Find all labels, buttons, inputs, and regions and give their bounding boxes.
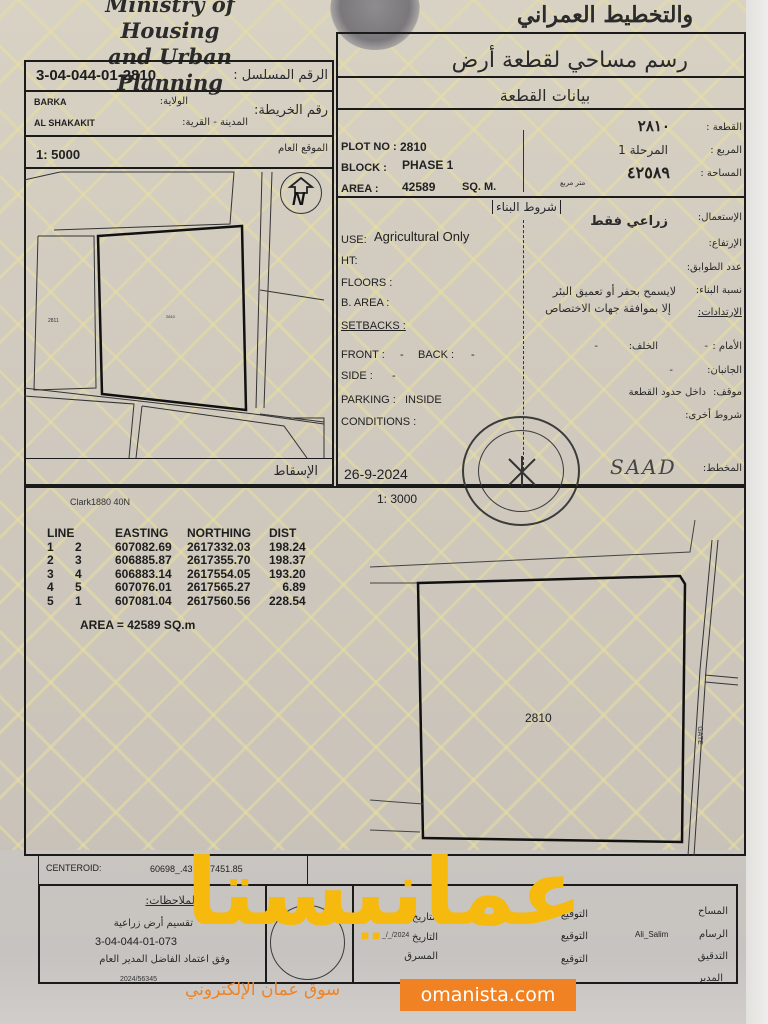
notes-reference2: 2024/56345 xyxy=(120,976,157,983)
col-northing: NORTHING xyxy=(187,527,269,541)
survey-plot-label: 2810 xyxy=(525,711,552,725)
cell-easting: 607076.01 xyxy=(115,581,187,595)
cell-to: 5 xyxy=(75,581,115,595)
use-value: Agricultural Only xyxy=(374,229,469,244)
front-label: FRONT : xyxy=(341,349,385,361)
front-label-ar: الأمام : xyxy=(712,341,742,352)
cell-dist: 198.37 xyxy=(269,554,306,568)
cell-dist: 6.89 xyxy=(269,581,306,595)
notes-line1: تقسيم أرض زراعية xyxy=(114,918,193,929)
checker-label: التدقيق xyxy=(698,951,728,962)
table-row: 23606885.872617355.70198.37 xyxy=(47,554,306,568)
datum-label: Clark1880 40N xyxy=(70,497,130,507)
col-line: LINE xyxy=(47,527,75,541)
plot-no-value: 2810 xyxy=(400,140,427,154)
cell-northing: 2617355.70 xyxy=(187,554,269,568)
cell-from: 5 xyxy=(47,595,75,609)
divider xyxy=(24,90,334,92)
area-unit-ar: متر مربع xyxy=(560,179,585,187)
village-label: المدينة - القرية: xyxy=(182,117,248,128)
divider xyxy=(336,76,746,78)
ministry-title-line1: Ministry of Housing xyxy=(55,0,285,44)
area-unit: SQ. M. xyxy=(462,181,496,193)
cell-dist: 198.24 xyxy=(269,541,306,555)
plot-data-heading: بيانات القطعة xyxy=(470,86,620,105)
map-number-label: رقم الخريطة: xyxy=(254,103,328,118)
parking-value-ar: داخل حدود القطعة xyxy=(629,387,706,398)
use-value-ar: زراعي فقط xyxy=(590,214,668,229)
surveyor-label: المساح xyxy=(698,906,728,917)
back-value: - xyxy=(471,349,475,361)
parking-value: INSIDE xyxy=(405,394,442,406)
side-value-ar: - xyxy=(669,365,673,376)
plot-label-ar: القطعة : xyxy=(706,122,742,133)
front-value: - xyxy=(400,349,404,361)
cell-easting: 607082.69 xyxy=(115,541,187,555)
notes-reference: 3-04-044-01-073 xyxy=(95,936,177,948)
brand-url-badge[interactable]: omanista.com xyxy=(400,979,576,1011)
survey-plot-drawing xyxy=(360,520,746,856)
planner-signature: SAAD xyxy=(610,455,677,479)
col-dist: DIST xyxy=(269,527,306,541)
cell-from: 2 xyxy=(47,554,75,568)
cell-northing: 2617554.05 xyxy=(187,568,269,582)
gate-label: GATE xyxy=(696,726,703,745)
floors-label: FLOORS : xyxy=(341,277,392,289)
cell-to: 2 xyxy=(75,541,115,555)
cell-dist: 193.20 xyxy=(269,568,306,582)
coordinates-table: LINE EASTING NORTHING DIST 12607082.6926… xyxy=(47,527,306,608)
side-label: SIDE : xyxy=(341,370,373,382)
planner-label-ar: المخطط: xyxy=(703,463,742,474)
plot-value-ar: ٢٨١٠ xyxy=(638,117,670,135)
well-note-line2: إلا بموافقة جهات الاختصاص xyxy=(545,302,671,315)
col-easting: EASTING xyxy=(115,527,187,541)
divider xyxy=(24,135,334,137)
divider xyxy=(24,458,334,459)
draftsman-name: Ali_Salim xyxy=(635,930,668,939)
total-area: AREA = 42589 SQ.m xyxy=(80,618,195,632)
document-title: رسم مساحي لقطعة أرض xyxy=(452,48,688,73)
cell-from: 4 xyxy=(47,581,75,595)
back-value-ar: - xyxy=(594,341,598,352)
page-edge xyxy=(746,0,768,1024)
cell-easting: 606883.14 xyxy=(115,568,187,582)
wilayat-label: الولاية: xyxy=(160,96,188,107)
area-label: AREA : xyxy=(341,183,378,195)
khanjar-emblem-icon xyxy=(504,454,540,490)
use-label: USE: xyxy=(341,234,367,246)
side-value: - xyxy=(392,370,396,382)
draftsman-label: الرسام xyxy=(699,929,728,940)
parking-label: PARKING : xyxy=(341,394,396,406)
cell-from: 1 xyxy=(47,541,75,555)
village-value: AL SHAKAKIT xyxy=(34,118,95,128)
side-label-ar: الجانبان: xyxy=(707,365,742,376)
cell-to: 4 xyxy=(75,568,115,582)
table-row: 12607082.692617332.03198.24 xyxy=(47,541,306,555)
well-note-line1: لايسمح بحفر أو تعميق البئر xyxy=(553,285,676,298)
back-label: BACK : xyxy=(418,349,454,361)
back-label-ar: الخلف: xyxy=(629,341,658,352)
subject-plot-label: 2810 xyxy=(166,314,175,319)
director-label: المدير xyxy=(698,973,723,984)
other-conditions-label-ar: شروط أخرى: xyxy=(685,410,742,421)
neighbor-plot-label: 2811 xyxy=(48,318,59,324)
height-label: HT: xyxy=(341,255,358,267)
floors-label-ar: عدد الطوابق: xyxy=(687,262,742,273)
cell-dist: 228.54 xyxy=(269,595,306,609)
cell-easting: 606885.87 xyxy=(115,554,187,568)
divider xyxy=(523,130,524,192)
location-scale: 1: 5000 xyxy=(36,147,80,162)
area-value-ar: ٤٢٥٨٩ xyxy=(627,163,670,183)
block-label-ar: المربع : xyxy=(710,145,742,156)
table-row: 45607076.012617565.276.89 xyxy=(47,581,306,595)
projection-label: الإسقاط xyxy=(274,464,318,479)
ministry-title-ar: والتخطيط العمراني xyxy=(490,2,720,28)
block-label: BLOCK : xyxy=(341,162,387,174)
serial-label: الرقم المسلسل : xyxy=(233,68,328,83)
survey-scale: 1: 3000 xyxy=(377,492,417,506)
cell-northing: 2617565.27 xyxy=(187,581,269,595)
height-label-ar: الإرتفاع: xyxy=(708,238,742,249)
cell-northing: 2617332.03 xyxy=(187,541,269,555)
setbacks-label-ar: الإرتدادات: xyxy=(698,307,742,318)
serial-number: 3-04-044-01-2810 xyxy=(36,67,156,84)
use-label-ar: الإستعمال: xyxy=(698,212,742,223)
conditions-label: CONDITIONS : xyxy=(341,416,416,428)
cell-to: 3 xyxy=(75,554,115,568)
setbacks-label: SETBACKS : xyxy=(341,320,406,332)
cell-to: 1 xyxy=(75,595,115,609)
building-area-label-ar: نسبة البناء: xyxy=(696,285,742,296)
cell-from: 3 xyxy=(47,568,75,582)
cell-easting: 607081.04 xyxy=(115,595,187,609)
front-value-ar: - xyxy=(704,341,708,352)
col-line-to xyxy=(75,527,115,541)
parking-label-ar: موقف: xyxy=(713,387,742,398)
centroid-label: CENTEROID: xyxy=(46,863,102,873)
divider xyxy=(336,108,746,110)
north-arrow-icon: N xyxy=(280,172,322,214)
issue-date: 26-9-2024 xyxy=(344,466,408,482)
table-row: 34606883.142617554.05193.20 xyxy=(47,568,306,582)
block-value-ar: المرحلة 1 xyxy=(618,143,668,157)
brand-tagline: سوق عمان الإلكتروني xyxy=(185,980,340,1000)
block-value: PHASE 1 xyxy=(402,158,453,172)
building-conditions-heading: شروط البناء xyxy=(492,200,561,214)
divider xyxy=(336,196,746,198)
north-letter: N xyxy=(292,189,305,210)
building-area-label: B. AREA : xyxy=(341,297,389,309)
cell-northing: 2617560.56 xyxy=(187,595,269,609)
brand-watermark: عمانيستا xyxy=(186,828,583,958)
area-value: 42589 xyxy=(402,180,435,194)
table-header: LINE EASTING NORTHING DIST xyxy=(47,527,306,541)
table-row: 51607081.042617560.56228.54 xyxy=(47,595,306,609)
wilayat-value: BARKA xyxy=(34,97,67,107)
location-label: الموقع العام xyxy=(278,143,328,154)
area-label-ar: المساحة : xyxy=(700,168,742,179)
plot-no-label: PLOT NO : xyxy=(341,141,397,153)
